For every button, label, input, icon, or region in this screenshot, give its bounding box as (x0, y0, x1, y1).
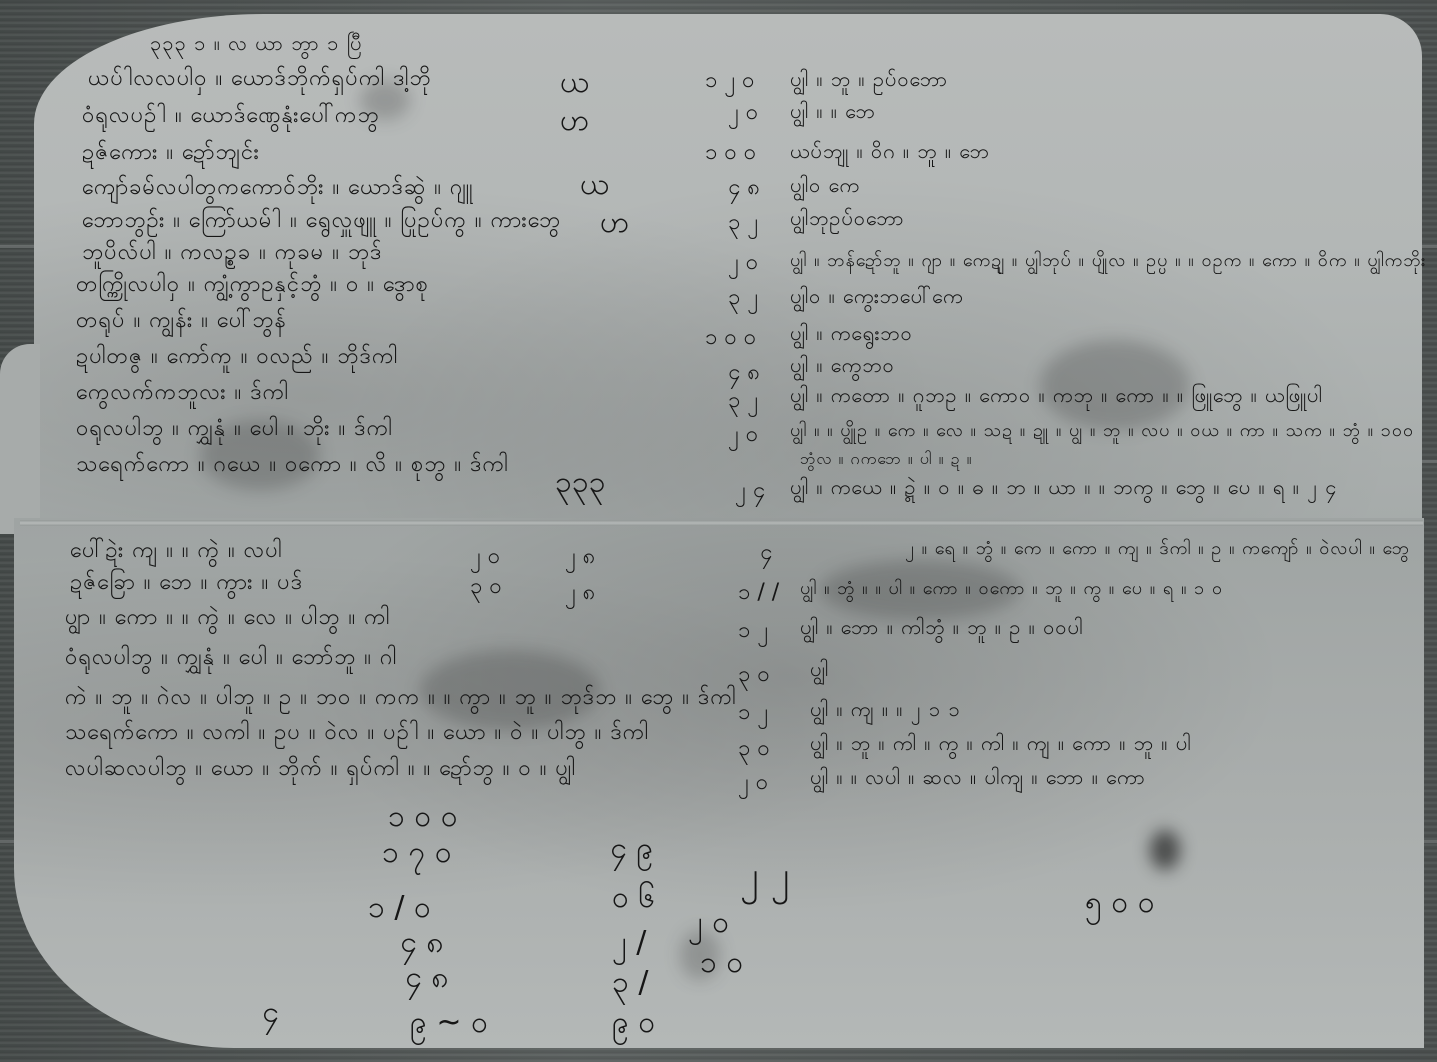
ink-blot (1150, 830, 1180, 870)
marginal-mark: ၄ (262, 1000, 279, 1026)
ledger-line: ဝံရုလပဥ်ါ ။ ယောဒ်ဏွေနုံးပေါ်ကဘွ (82, 103, 380, 129)
entry-amount: ၁ ၂ (738, 700, 768, 726)
entry-text-continued: ဘွံလ ။ ဂကဘေ ။ ပါ ။ ဍ ။ (800, 446, 972, 472)
tally-figure: ၁ ၇ ၀ (382, 840, 452, 866)
ledger-line: ပျွာ ။ ကော ။ ။ ကွဲ ။ လေ ။ ပါဘွ ။ ကါ (65, 605, 390, 631)
entry-text: ပျွါ ။ ကျ ။ ။ ၂ ၁ ၁ (810, 696, 961, 722)
ledger-value: ဟ (600, 210, 629, 236)
entry-text: ပျွါ (810, 656, 829, 682)
entry-amount: ၃ ၂ (728, 285, 758, 311)
ledger-line: ပေါ်ဍဲး ကျ ။ ။ ကွဲ ။ လပါ (70, 538, 283, 564)
entry-text: ပျွါဝ ကေ (790, 172, 860, 198)
tally-figure: ၀ ၆ (612, 885, 655, 911)
manuscript-heading: ၃၃၃ ၁ ။ လ ယာ ဘွာ ၁ ပြီ (150, 30, 362, 56)
total-figure: ၂ ၂ (740, 862, 789, 888)
ledger-line: ဘောဘွဉ်း ။ ကြော်ယမ်ါ ။ ရွေလှူဖျူ ။ ပြုဥပ… (82, 208, 561, 234)
ledger-line: ဝရုလပါဘွ ။ ကျွှနုံ ။ ပေါ ။ ဘိုး ။ ဒ်ကါ (76, 416, 393, 442)
entry-text: ပျွါဝ ။ ကွေးဘပေါ်ကေ (790, 283, 964, 309)
total-figure: ၅ ၀ ၀ (1085, 890, 1155, 916)
tally-figure: ၉ ~ ၀ (410, 1010, 488, 1036)
ledger-value: ဟ (560, 108, 589, 134)
entry-amount: ၄ (760, 540, 772, 566)
entry-amount: ၂ ၀ (728, 100, 758, 126)
ledger-value: ၂ ၈ (565, 544, 595, 570)
entry-text: ပျွါ ။ ကတော ။ ဂူဘဥ ။ ကောဝ ။ ကဘု ။ ကော ။ … (790, 382, 1323, 408)
entry-text: ပျွါ ။ ဘူ ။ ကါ ။ ကွ ။ ကါ ။ ကျ ။ ကော ။ ဘူ… (810, 730, 1192, 756)
entry-text: ပျွါ ။ ။ လပါ ။ ဆလ ။ ပါကျ ။ ဘော ။ ကော (810, 764, 1146, 790)
entry-amount: ၁ / / (738, 580, 779, 606)
ledger-line: သရေက်ကော ။ လကါ ။ ဥပ ။ ဝဲလ ။ ပဥ်ါ ။ ယော ။… (65, 720, 649, 746)
ledger-value: ယ (580, 172, 609, 198)
entry-amount: ၂ ၀ (728, 250, 758, 276)
tally-figure: ၁ / ၀ (368, 895, 431, 921)
tally-figure: ၃ / (612, 970, 649, 996)
entry-text: ပျွါ ။ ။ ဘေ (790, 98, 876, 124)
entry-amount: ၃ ၂ (728, 210, 758, 236)
tally-figure: ၉ ၀ (612, 1010, 655, 1036)
ledger-value: ၃ ၀ (470, 574, 502, 600)
entry-text: ပျွါ ။ ကွေဘဝ (790, 352, 895, 378)
tally-figure: ၄ ၉ (610, 836, 653, 862)
ledger-line: ကဲ ။ ဘူ ။ ဂဲလ ။ ပါဘူ ။ ဥ ။ ဘဝ ။ ကက ။ ။ က… (65, 685, 737, 711)
ledger-line: ဝံရုလပါဘွ ။ ကျွှနုံ ။ ပေါ ။ ဘော်ဘူ ။ ဂါ (65, 645, 397, 671)
entry-amount: ၁ ၀ ၀ (705, 140, 756, 166)
ledger-value: ယ (560, 70, 589, 96)
tally-figure: ၄ ၈ (405, 965, 449, 991)
ledger-line: တရုပ် ။ ကျွန်း ။ ပေါ်ဘွန် (76, 308, 287, 334)
entry-amount: ၁ ၀ ၀ (705, 325, 756, 351)
ledger-line: လပါဆလပါဘွ ။ ယော ။ ဘိုက် ။ ရှပ်ကါ ။ ။ ဍော… (65, 756, 576, 782)
tally-figure: ၂ ၀ (688, 910, 729, 936)
ledger-line: ကျော်ခမ်လပါတွကကောဝ်ဘိုး ။ ယောဒ်ဆွဲ ။ ဂျူ (82, 175, 473, 201)
entry-amount: ၄ ၈ (728, 360, 760, 386)
entry-amount: ၃ ၂ (728, 388, 758, 414)
ledger-value: ၂ ၀ (470, 544, 500, 570)
entry-text: ပျွါ ။ ဘော ။ ကါဘွံ ။ ဘူ ။ ဥ ။ ဝဝပါ (800, 614, 1083, 640)
entry-text: ပျွါ ။ ဘူ ။ ဥပ်ဝဘော (790, 66, 948, 92)
ledger-value: ၂ ၈ (565, 580, 595, 606)
ledger-subtotal: ၃၃၃ (555, 470, 606, 496)
tally-figure: ၁ ၀ ၀ (388, 804, 458, 830)
ledger-line: ဍဇ်ကေား ။ ဍော်ဘျင်း (82, 140, 260, 166)
ledger-line: ဘူပိလ်ပါ ။ ကလဉ္စခ ။ ကုခမ ။ ဘုဒ် (82, 240, 383, 266)
tally-figure: ၄ ၈ (400, 930, 444, 956)
entry-amount: ၁ ၂ ၀ (705, 68, 755, 94)
entry-amount: ၃ ၀ (738, 736, 770, 762)
ledger-line: ဍဇ်ခြော ။ ဘေ ။ ကွား ။ ပဒ် (70, 570, 303, 596)
ledger-line: သရေက်ကော ။ ဂယေ ။ ဝကော ။ လိ ။ စုဘွ ။ ဒ်ကါ (76, 452, 509, 478)
entry-amount: ၁ ၂ (738, 618, 768, 644)
entry-text: ပျွါ ။ ဘန်ဍော်ဘူ ။ ဂျာ ။ ကေဍျ ။ ပျွါဘုပ်… (790, 248, 1426, 274)
tally-figure: ၁ ၀ (700, 950, 743, 976)
ledger-line: ဍပါတဇွ ။ ကော်ကူ ။ ဝလည် ။ ဘိုဒ်ကါ (76, 344, 398, 370)
ledger-line: ယပ်ါလလပါဝှ ။ ယောဒ်ဘိုက်ရှပ်ကါ ဒါ့ဘို (88, 66, 432, 92)
entry-text: ပျွါဘုဥပ်ဝဘော (790, 205, 905, 231)
entry-text: ၂ ။ ရေ ။ ဘွံ ။ ကေ ။ ကော ။ ကျ ။ ဒ်ကါ ။ ဥ … (905, 536, 1410, 562)
entry-amount: ၃ ၀ (738, 662, 770, 688)
entry-amount: ၂ ၄ (735, 478, 765, 504)
entry-amount: ၂ ၀ (738, 770, 768, 796)
entry-text: ပျွါ ။ ကရွေးဘဝ (790, 320, 913, 346)
entry-text: ယပ်ဘျု ။ ဝိဂ ။ ဘူ ။ ဘေ (790, 138, 990, 164)
entry-text: ပျွါ ။ ကယေ ။ ဍွဲ ။ ဝ ။ ဓ ။ ဘ ။ ယာ ။ ။ ဘက… (790, 474, 1338, 500)
entry-text: ပျွါ ။ ဘွံ ။ ။ ပါ ။ ကော ။ ဝကော ။ ဘူ ။ ကွ… (800, 576, 1223, 602)
tally-figure: ၂ / (612, 930, 646, 956)
fold-line (20, 520, 1423, 526)
entry-amount: ၂ ၀ (728, 422, 758, 448)
entry-text: ပျွါ ။ ။ ပျွိုဥ ။ ကေ ။ လေ ။ သဍ ။ ဍူ ။ ပျ… (790, 418, 1414, 444)
torn-edge (0, 344, 40, 534)
ledger-line: တက္ကြိုလပါဝှ ။ ကျွံ့ကွာဥနှင့်ဘွံ ။ ဝ ။ ဒ… (76, 272, 429, 298)
entry-amount: ၄ ၈ (728, 175, 760, 201)
ledger-line: ကွေလက်ကဘူလး ။ ဒ်ကါ (76, 380, 289, 406)
